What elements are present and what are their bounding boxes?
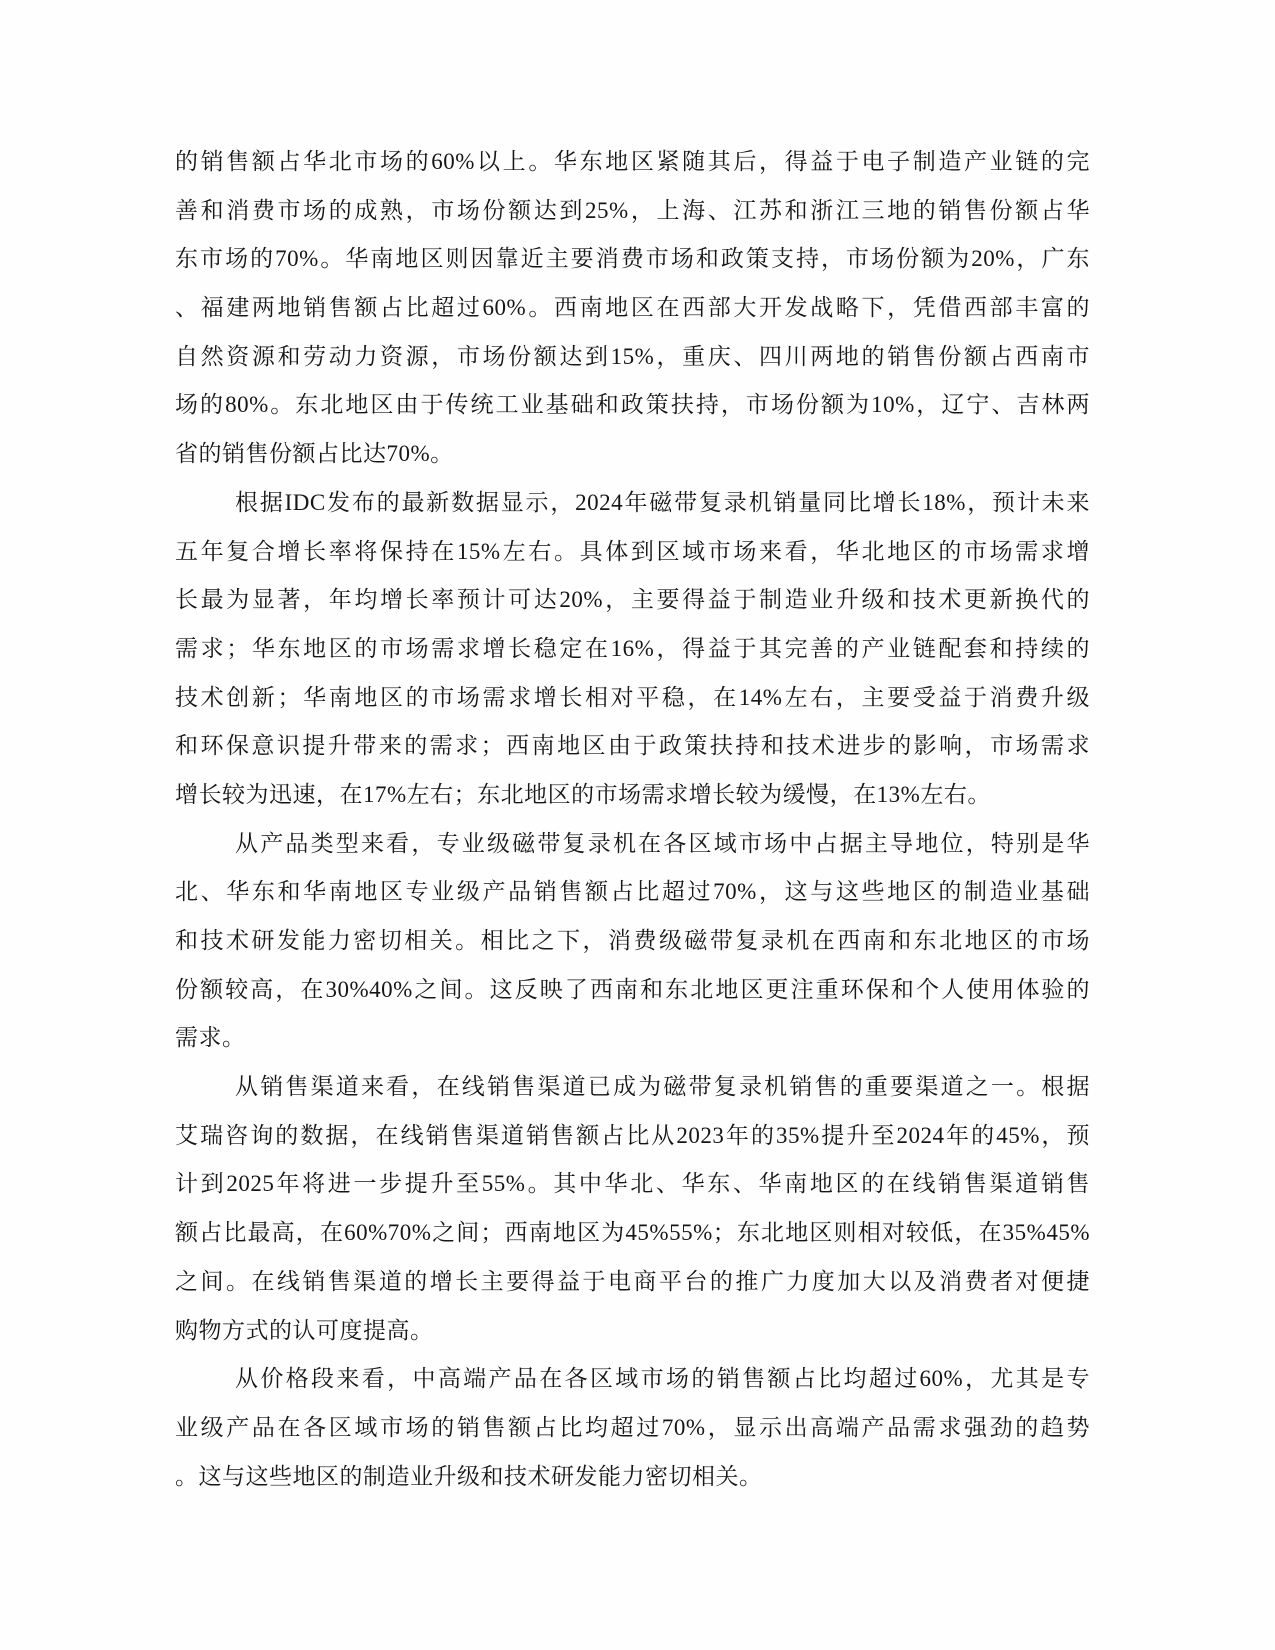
text-line: 场的80%。东北地区由于传统工业基础和政策扶持，市场份额为10%，辽宁、吉林两 [175, 381, 1090, 430]
text-line: 业级产品在各区域市场的销售额占比均超过70%，显示出高端产品需求强劲的趋势 [175, 1404, 1090, 1453]
paragraph-2: 根据IDC发布的最新数据显示，2024年磁带复录机销量同比增长18%，预计未来五… [175, 479, 1090, 820]
text-line: 。这与这些地区的制造业升级和技术研发能力密切相关。 [175, 1453, 1090, 1502]
text-line: 艾瑞咨询的数据，在线销售渠道销售额占比从2023年的35%提升至2024年的45… [175, 1112, 1090, 1161]
text-line: 北、华东和华南地区专业级产品销售额占比超过70%，这与这些地区的制造业基础 [175, 868, 1090, 917]
text-line: 之间。在线销售渠道的增长主要得益于电商平台的推广力度加大以及消费者对便捷 [175, 1258, 1090, 1307]
text-line: 的销售额占华北市场的60%以上。华东地区紧随其后，得益于电子制造产业链的完 [175, 138, 1090, 187]
text-line: 额占比最高，在60%70%之间；西南地区为45%55%；东北地区则相对较低，在3… [175, 1209, 1090, 1258]
text-line: 五年复合增长率将保持在15%左右。具体到区域市场来看，华北地区的市场需求增 [175, 528, 1090, 577]
paragraph-5: 从价格段来看，中高端产品在各区域市场的销售额占比均超过60%，尤其是专业级产品在… [175, 1355, 1090, 1501]
text-line: 长最为显著，年均增长率预计可达20%，主要得益于制造业升级和技术更新换代的 [175, 576, 1090, 625]
text-line: 从产品类型来看，专业级磁带复录机在各区域市场中占据主导地位，特别是华 [175, 820, 1090, 869]
text-line: 省的销售份额占比达70%。 [175, 430, 1090, 479]
text-line: 和环保意识提升带来的需求；西南地区由于政策扶持和技术进步的影响，市场需求 [175, 722, 1090, 771]
text-line: 从销售渠道来看，在线销售渠道已成为磁带复录机销售的重要渠道之一。根据 [175, 1063, 1090, 1112]
text-line: 、福建两地销售额占比超过60%。西南地区在西部大开发战略下，凭借西部丰富的 [175, 284, 1090, 333]
text-line: 和技术研发能力密切相关。相比之下，消费级磁带复录机在西南和东北地区的市场 [175, 917, 1090, 966]
text-line: 购物方式的认可度提高。 [175, 1307, 1090, 1356]
text-line: 增长较为迅速，在17%左右；东北地区的市场需求增长较为缓慢，在13%左右。 [175, 771, 1090, 820]
paragraph-3: 从产品类型来看，专业级磁带复录机在各区域市场中占据主导地位，特别是华北、华东和华… [175, 820, 1090, 1063]
text-line: 计到2025年将进一步提升至55%。其中华北、华东、华南地区的在线销售渠道销售 [175, 1160, 1090, 1209]
text-line: 东市场的70%。华南地区则因靠近主要消费市场和政策支持，市场份额为20%，广东 [175, 235, 1090, 284]
text-line: 技术创新；华南地区的市场需求增长相对平稳，在14%左右，主要受益于消费升级 [175, 674, 1090, 723]
document-page: 的销售额占华北市场的60%以上。华东地区紧随其后，得益于电子制造产业链的完善和消… [0, 0, 1275, 1650]
paragraph-1: 的销售额占华北市场的60%以上。华东地区紧随其后，得益于电子制造产业链的完善和消… [175, 138, 1090, 479]
text-line: 需求。 [175, 1014, 1090, 1063]
text-line: 自然资源和劳动力资源，市场份额达到15%，重庆、四川两地的销售份额占西南市 [175, 333, 1090, 382]
paragraph-4: 从销售渠道来看，在线销售渠道已成为磁带复录机销售的重要渠道之一。根据艾瑞咨询的数… [175, 1063, 1090, 1355]
text-line: 从价格段来看，中高端产品在各区域市场的销售额占比均超过60%，尤其是专 [175, 1355, 1090, 1404]
text-line: 根据IDC发布的最新数据显示，2024年磁带复录机销量同比增长18%，预计未来 [175, 479, 1090, 528]
text-line: 份额较高，在30%40%之间。这反映了西南和东北地区更注重环保和个人使用体验的 [175, 966, 1090, 1015]
text-block: 的销售额占华北市场的60%以上。华东地区紧随其后，得益于电子制造产业链的完善和消… [175, 138, 1090, 1501]
text-line: 需求；华东地区的市场需求增长稳定在16%，得益于其完善的产业链配套和持续的 [175, 625, 1090, 674]
text-line: 善和消费市场的成熟，市场份额达到25%，上海、江苏和浙江三地的销售份额占华 [175, 187, 1090, 236]
